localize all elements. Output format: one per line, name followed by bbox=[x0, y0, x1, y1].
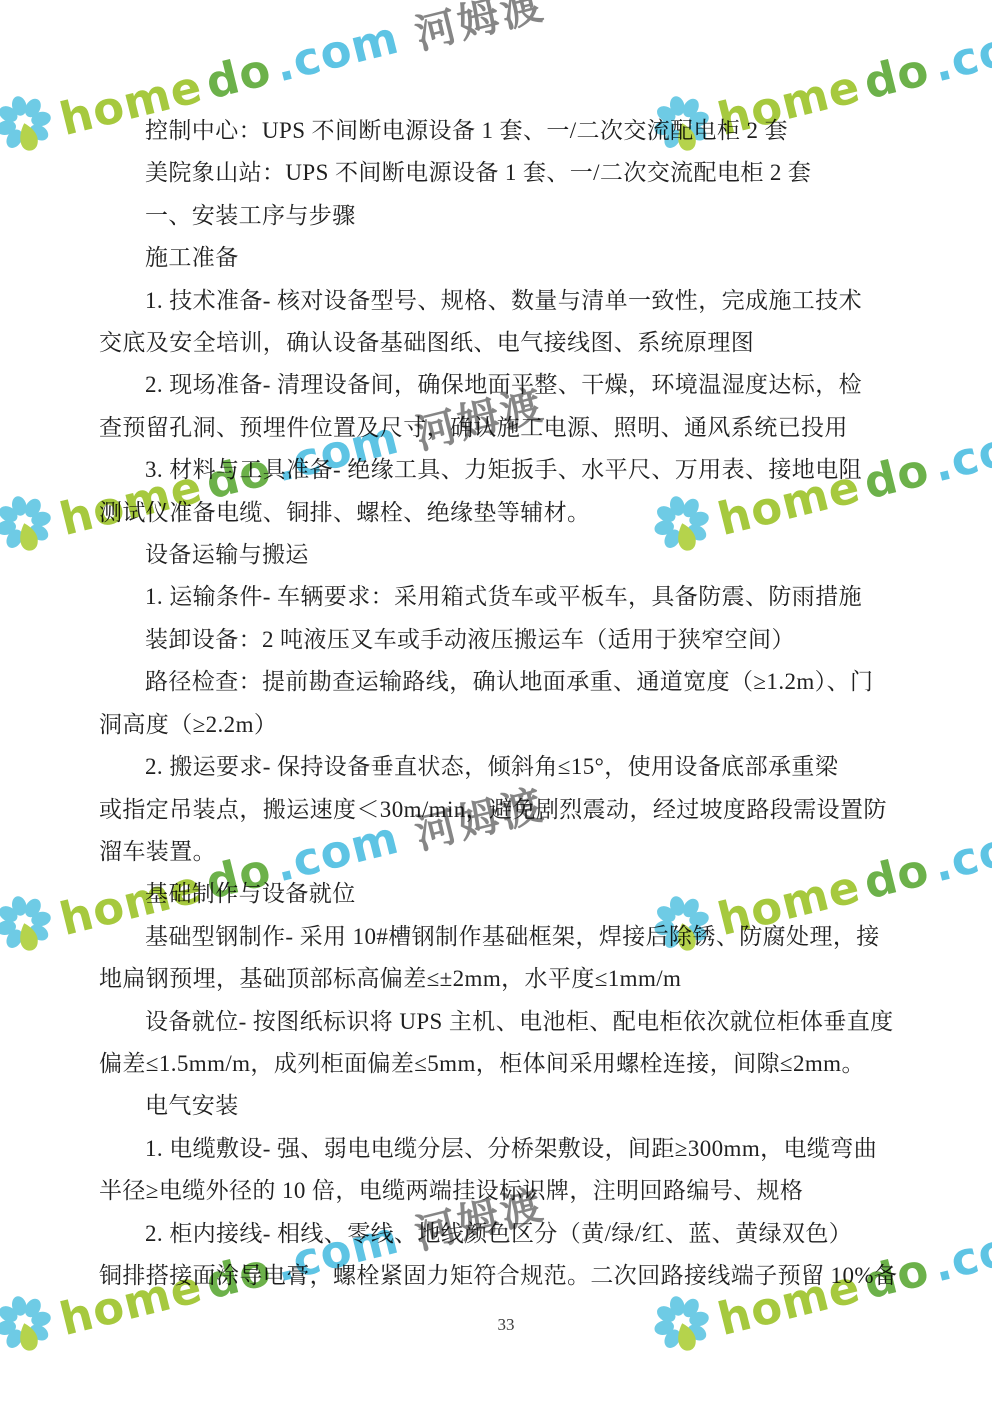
text-line: 装卸设备：2 吨液压叉车或手动液压搬运车（适用于狭窄空间） bbox=[99, 619, 913, 661]
text-line: 或指定吊装点，搬运速度＜30m/min，避免剧烈震动，经过坡度路段需设置防 bbox=[99, 789, 913, 831]
document-page: 控制中心：UPS 不间断电源设备 1 套、一/二次交流配电柜 2 套 美院象山站… bbox=[0, 0, 992, 1403]
text-line: 基础型钢制作- 采用 10#槽钢制作基础框架，焊接后除锈、防腐处理，接 bbox=[99, 916, 913, 958]
watermark-domain-label: .com bbox=[269, 10, 404, 92]
watermark-do-label: do bbox=[858, 42, 934, 109]
text-line: 1. 电缆敷设- 强、弱电电缆分层、分桥架敷设，间距≥300mm，电缆弯曲 bbox=[99, 1128, 913, 1170]
text-line: 1. 技术准备- 核对设备型号、规格、数量与清单一致性，完成施工技术 bbox=[99, 280, 913, 322]
text-line: 溜车装置。 bbox=[99, 831, 913, 873]
page-number: 33 bbox=[99, 1315, 913, 1335]
text-line: 2. 现场准备- 清理设备间，确保地面平整、干燥，环境温湿度达标，检 bbox=[99, 364, 913, 406]
text-line: 路径检查：提前勘查运输路线，确认地面承重、通道宽度（≥1.2m）、门 bbox=[99, 661, 913, 703]
text-line: 2. 搬运要求- 保持设备垂直状态，倾斜角≤15°，使用设备底部承重梁 bbox=[99, 746, 913, 788]
watermark-cn-label: 河姆渡 bbox=[408, 0, 550, 60]
watermark-domain-label: .com bbox=[927, 1210, 992, 1292]
document-body: 控制中心：UPS 不间断电源设备 1 套、一/二次交流配电柜 2 套 美院象山站… bbox=[99, 110, 913, 1297]
text-line: 测试仪准备电缆、铜排、螺栓、绝缘垫等辅材。 bbox=[99, 492, 913, 534]
text-line: 半径≥电缆外径的 10 倍，电缆两端挂设标识牌，注明回路编号、规格 bbox=[99, 1170, 913, 1212]
text-line: 交底及安全培训，确认设备基础图纸、电气接线图、系统原理图 bbox=[99, 322, 913, 364]
text-line: 一、安装工序与步骤 bbox=[99, 195, 913, 237]
text-line: 美院象山站：UPS 不间断电源设备 1 套、一/二次交流配电柜 2 套 bbox=[99, 152, 913, 194]
text-line: 电气安装 bbox=[99, 1085, 913, 1127]
text-line: 偏差≤1.5mm/m，成列柜面偏差≤5mm，柜体间采用螺栓连接，间隙≤2mm。 bbox=[99, 1043, 913, 1085]
text-line: 2. 柜内接线- 相线、零线、地线颜色区分（黄/绿/红、蓝、黄绿双色） bbox=[99, 1213, 913, 1255]
watermark-do-label: do bbox=[200, 42, 276, 109]
text-line: 铜排搭接面涂导电膏，螺栓紧固力矩符合规范。二次回路接线端子预留 10%备 bbox=[99, 1255, 913, 1297]
text-line: 设备运输与搬运 bbox=[99, 534, 913, 576]
text-line: 基础制作与设备就位 bbox=[99, 873, 913, 915]
homedo-flower-icon bbox=[0, 88, 63, 169]
watermark-domain-label: .com bbox=[927, 10, 992, 92]
homedo-flower-icon bbox=[0, 888, 63, 969]
text-line: 1. 运输条件- 车辆要求：采用箱式货车或平板车，具备防震、防雨措施 bbox=[99, 576, 913, 618]
text-line: 控制中心：UPS 不间断电源设备 1 套、一/二次交流配电柜 2 套 bbox=[99, 110, 913, 152]
text-line: 地扁钢预埋，基础顶部标高偏差≤±2mm，水平度≤1mm/m bbox=[99, 958, 913, 1000]
text-line: 施工准备 bbox=[99, 237, 913, 279]
text-line: 3. 材料与工具准备- 绝缘工具、力矩扳手、水平尺、万用表、接地电阻 bbox=[99, 449, 913, 491]
text-line: 设备就位- 按图纸标识将 UPS 主机、电池柜、配电柜依次就位柜体垂直度 bbox=[99, 1001, 913, 1043]
watermark-domain-label: .com bbox=[927, 410, 992, 492]
watermark-domain-label: .com bbox=[927, 810, 992, 892]
homedo-flower-icon bbox=[0, 488, 63, 569]
text-line: 查预留孔洞、预埋件位置及尺寸，确认施工电源、照明、通风系统已投用 bbox=[99, 407, 913, 449]
homedo-flower-icon bbox=[0, 1288, 63, 1369]
text-line: 洞高度（≥2.2m） bbox=[99, 704, 913, 746]
